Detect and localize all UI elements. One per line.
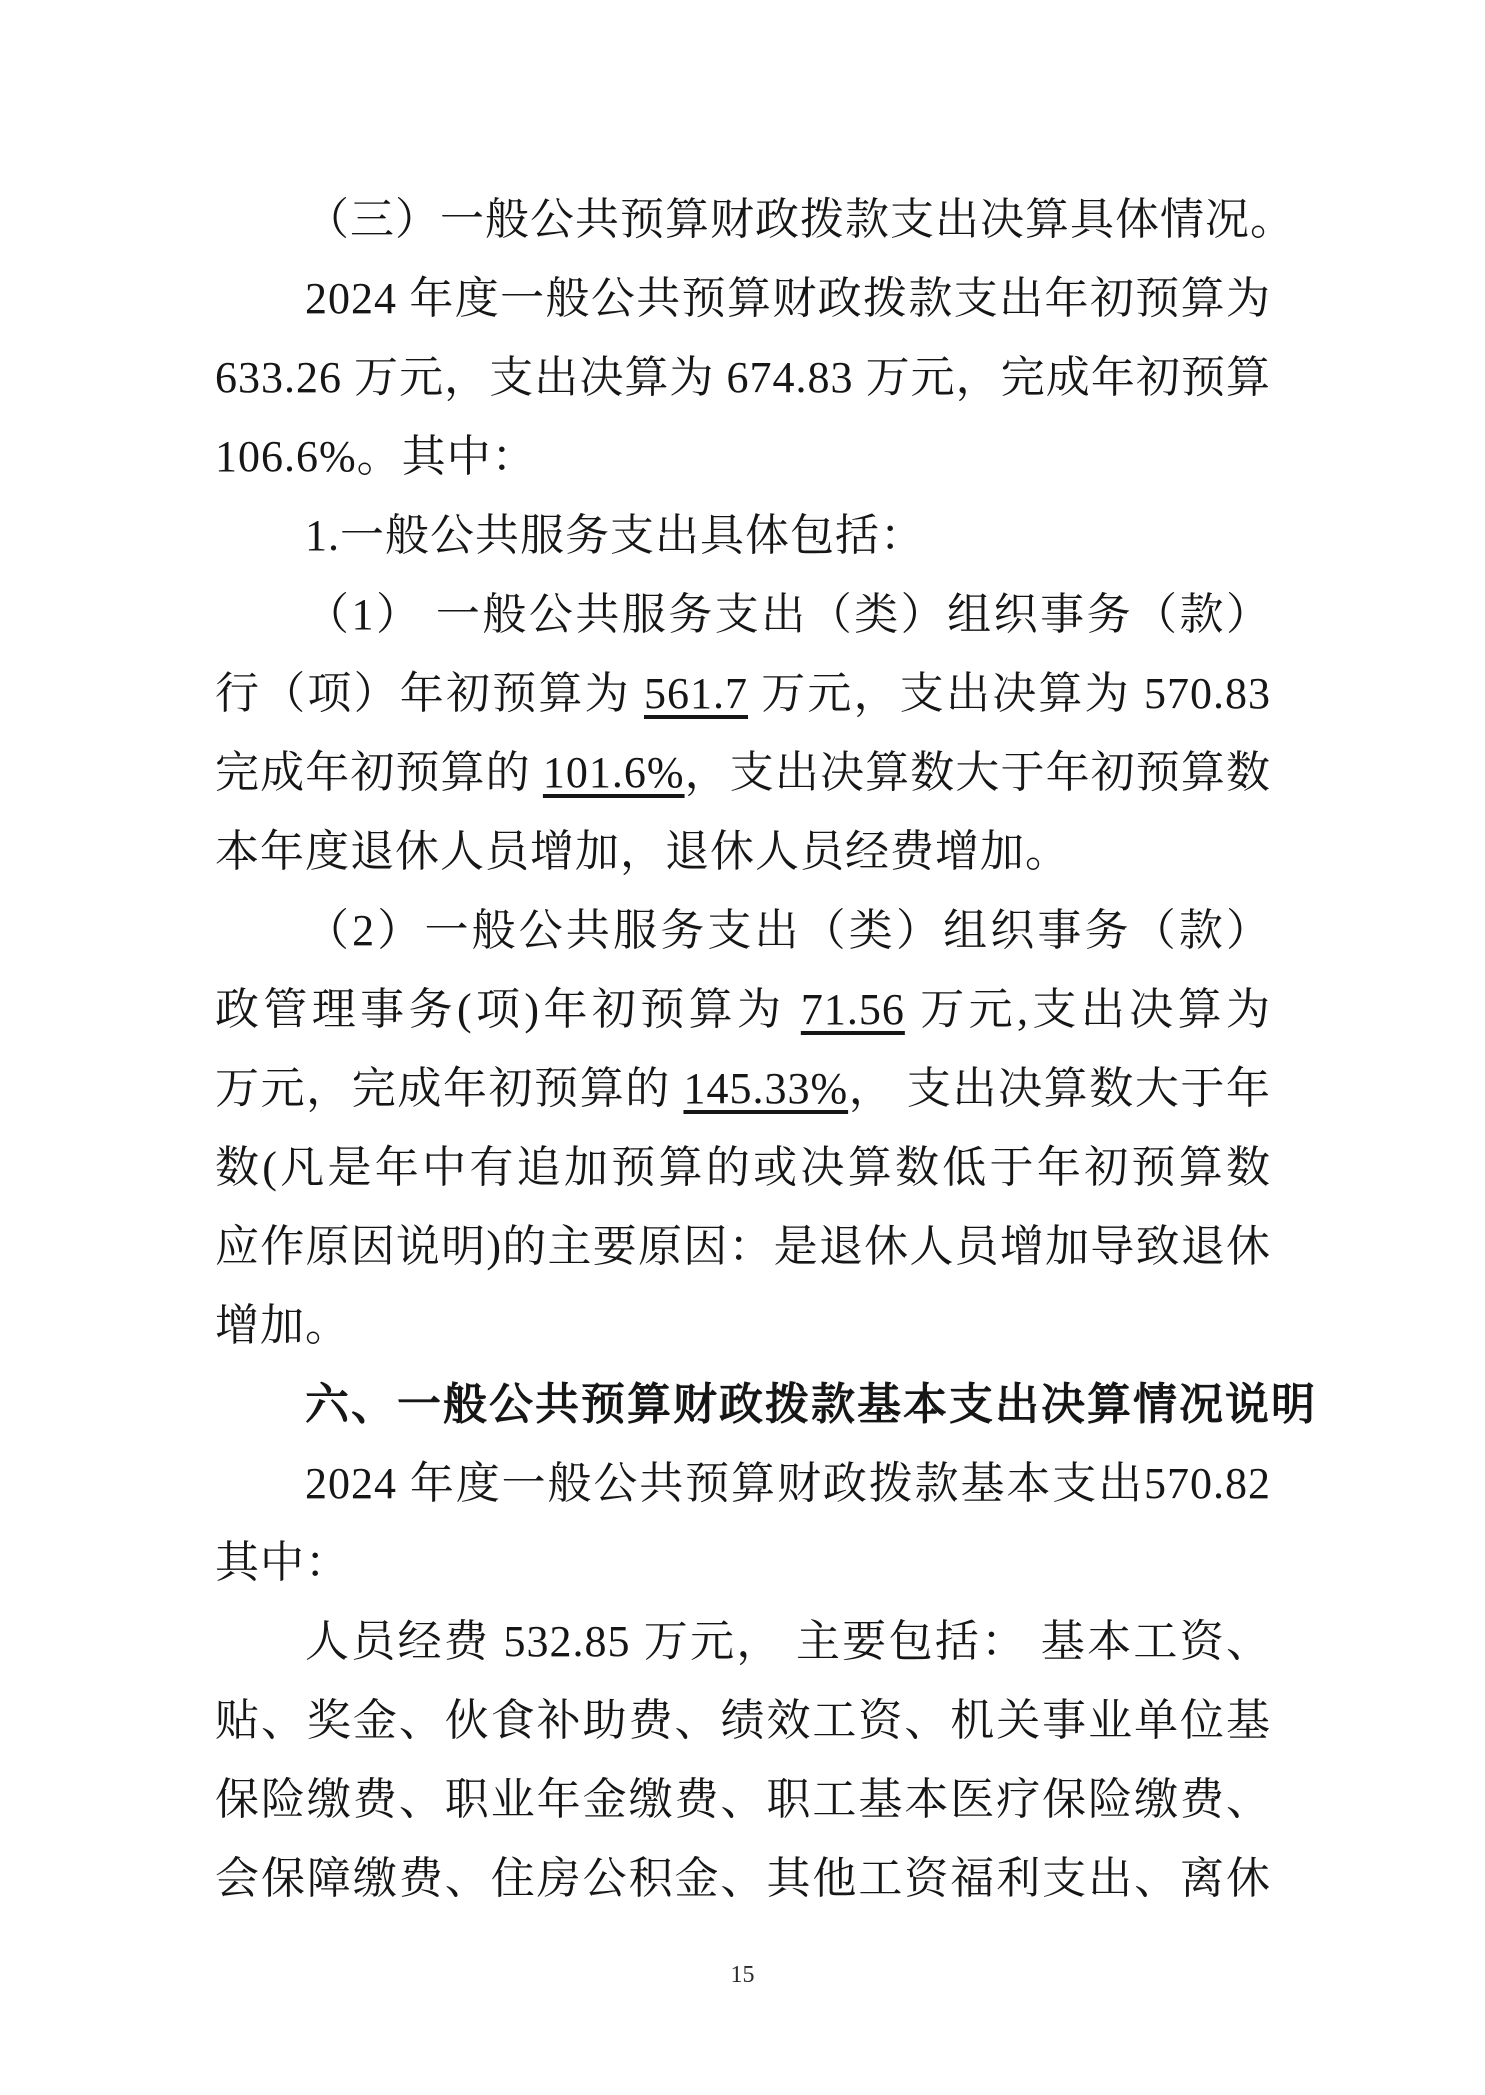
text-line-7: 行（项）年初预算为 561.7 万元，支出决算为 570.83 万元， <box>215 654 1271 733</box>
text-line-13: 数(凡是年中有追加预算的或决算数低于年初预算数 95%的 <box>215 1128 1271 1207</box>
text-line-11: 政管理事务(项)年初预算为 71.56 万元,支出决算为104.00 <box>215 970 1271 1049</box>
underlined-value-561-7: 561.7 <box>644 669 748 718</box>
section-3-heading-line: （三）一般公共预算财政拨款支出决算具体情况。 <box>215 180 1271 259</box>
line-11-pre: 政管理事务(项)年初预算为 <box>215 985 801 1034</box>
underlined-value-145-33pct: 145.33% <box>683 1064 848 1113</box>
line-12-pre: 万元，完成年初预算的 <box>215 1064 683 1113</box>
text-line-18: 其中： <box>215 1523 1271 1602</box>
text-line-5: 1.一般公共服务支出具体包括： <box>215 496 1271 575</box>
underlined-value-101-6pct: 101.6% <box>543 748 685 797</box>
text-line-12: 万元，完成年初预算的 145.33%， 支出决算数大于年初预算 <box>215 1049 1271 1128</box>
text-line-19: 人员经费 532.85 万元， 主要包括： 基本工资、津贴补 <box>215 1602 1271 1681</box>
document-page: （三）一般公共预算财政拨款支出决算具体情况。 2024 年度一般公共预算财政拨款… <box>0 0 1485 2095</box>
text-line-4: 106.6%。其中： <box>215 417 1271 496</box>
line-8-pre: 完成年初预算的 <box>215 748 543 797</box>
text-line-6: （1） 一般公共服务支出（类）组织事务（款）行政运 <box>215 575 1271 654</box>
section-6-heading-line: 六、一般公共预算财政拨款基本支出决算情况说明 <box>215 1365 1271 1444</box>
text-line-14: 应作原因说明)的主要原因：是退休人员增加导致退休经费 <box>215 1207 1271 1286</box>
text-line-8: 完成年初预算的 101.6%，支出决算数大于年初预算数是因为 <box>215 733 1271 812</box>
text-line-15: 增加。 <box>215 1286 1271 1365</box>
document-body: （三）一般公共预算财政拨款支出决算具体情况。 2024 年度一般公共预算财政拨款… <box>215 180 1271 1918</box>
underlined-value-71-56: 71.56 <box>801 985 905 1034</box>
text-line-17: 2024 年度一般公共预算财政拨款基本支出570.82 万元， <box>215 1444 1271 1523</box>
page-number: 15 <box>0 1962 1485 1989</box>
text-line-22: 会保障缴费、住房公积金、其他工资福利支出、离休费、退 <box>215 1839 1271 1918</box>
text-line-2: 2024 年度一般公共预算财政拨款支出年初预算为 <box>215 259 1271 338</box>
text-line-9: 本年度退休人员增加，退休人员经费增加。 <box>215 812 1271 891</box>
text-line-21: 保险缴费、职业年金缴费、职工基本医疗保险缴费、其他社 <box>215 1760 1271 1839</box>
text-line-3: 633.26 万元，支出决算为 674.83 万元，完成年初预算的 <box>215 338 1271 417</box>
text-line-20: 贴、奖金、伙食补助费、绩效工资、机关事业单位基本养老 <box>215 1681 1271 1760</box>
text-line-10: （2）一般公共服务支出（类）组织事务（款）一般行 <box>215 891 1271 970</box>
line-7-pre: 行（项）年初预算为 <box>215 669 644 718</box>
